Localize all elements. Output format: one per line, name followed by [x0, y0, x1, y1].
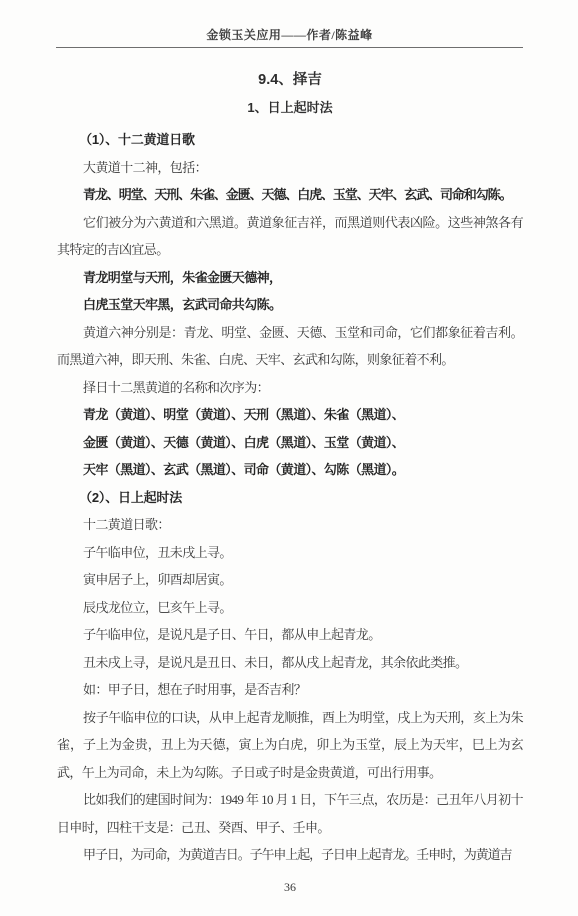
paragraph: 择日十二黑黄道的名称和次序为：: [57, 374, 523, 402]
paragraph: 子午临申位，是说凡是子日、午日，都从申上起青龙。: [57, 621, 523, 649]
paragraph: 辰戌龙位立，巳亥午上寻。: [57, 594, 523, 622]
bold-paragraph: 天牢（黑道）、玄武（黑道）、司命（黄道）、勾陈（黑道）。: [57, 456, 523, 484]
paragraph: 它们被分为六黄道和六黑道。黄道象征吉祥，而黑道则代表凶险。这些神煞各有其特定的吉…: [57, 209, 523, 264]
paragraph: 按子午临申位的口诀，从申上起青龙顺推，酉上为明堂，戌上为天刑，亥上为朱雀，子上为…: [57, 704, 523, 787]
paragraph: 丑未戌上寻，是说凡是丑日、未日，都从戌上起青龙，其余依此类推。: [57, 649, 523, 677]
paragraph: 甲子日，为司命，为黄道吉日。子午申上起，子日申上起青龙。壬申时，为黄道吉: [57, 841, 523, 869]
bold-paragraph: 青龙（黄道）、明堂（黄道）、天刑（黑道）、朱雀（黑道）、: [57, 401, 523, 429]
subsection-title: 1、日上起时法: [57, 98, 523, 118]
bold-paragraph: 青龙明堂与天刑，朱雀金匮天德神，: [57, 264, 523, 292]
paragraph: 比如我们的建国时间为：1949 年 10 月 1 日，下午三点，农历是：己丑年八…: [57, 786, 523, 841]
bold-paragraph: 青龙、明堂、天刑、朱雀、金匮、天德、白虎、玉堂、天牢、玄武、司命和勾陈。: [57, 181, 523, 209]
document-page: 金锁玉关应用——作者/陈益峰 9.4、择吉 1、日上起时法 （1）、十二黄道日歌…: [0, 0, 578, 916]
paragraph: 子午临申位，丑未戌上寻。: [57, 539, 523, 567]
paragraph: 大黄道十二神，包括：: [57, 154, 523, 182]
section-heading: （1）、十二黄道日歌: [57, 126, 523, 154]
paragraph: 黄道六神分别是：青龙、明堂、金匮、天德、玉堂和司命，它们都象征着吉利。而黑道六神…: [57, 319, 523, 374]
page-number: 36: [57, 880, 523, 895]
paragraph: 如：甲子日，想在子时用事，是否吉利？: [57, 676, 523, 704]
header-title: 金锁玉关应用——作者/陈益峰: [206, 28, 372, 42]
bold-paragraph: 金匮（黄道）、天德（黄道）、白虎（黑道）、玉堂（黄道）、: [57, 429, 523, 457]
text-blocks: （1）、十二黄道日歌大黄道十二神，包括：青龙、明堂、天刑、朱雀、金匮、天德、白虎…: [57, 126, 523, 869]
section-title: 9.4、择吉: [57, 70, 523, 90]
section-heading: （2）、日上起时法: [57, 484, 523, 512]
paragraph: 寅申居子上，卯酉却居寅。: [57, 566, 523, 594]
page-header: 金锁玉关应用——作者/陈益峰: [56, 26, 523, 48]
bold-paragraph: 白虎玉堂天牢黑，玄武司命共勾陈。: [57, 291, 523, 319]
page-content: 9.4、择吉 1、日上起时法 （1）、十二黄道日歌大黄道十二神，包括：青龙、明堂…: [57, 66, 523, 869]
paragraph: 十二黄道日歌：: [57, 511, 523, 539]
